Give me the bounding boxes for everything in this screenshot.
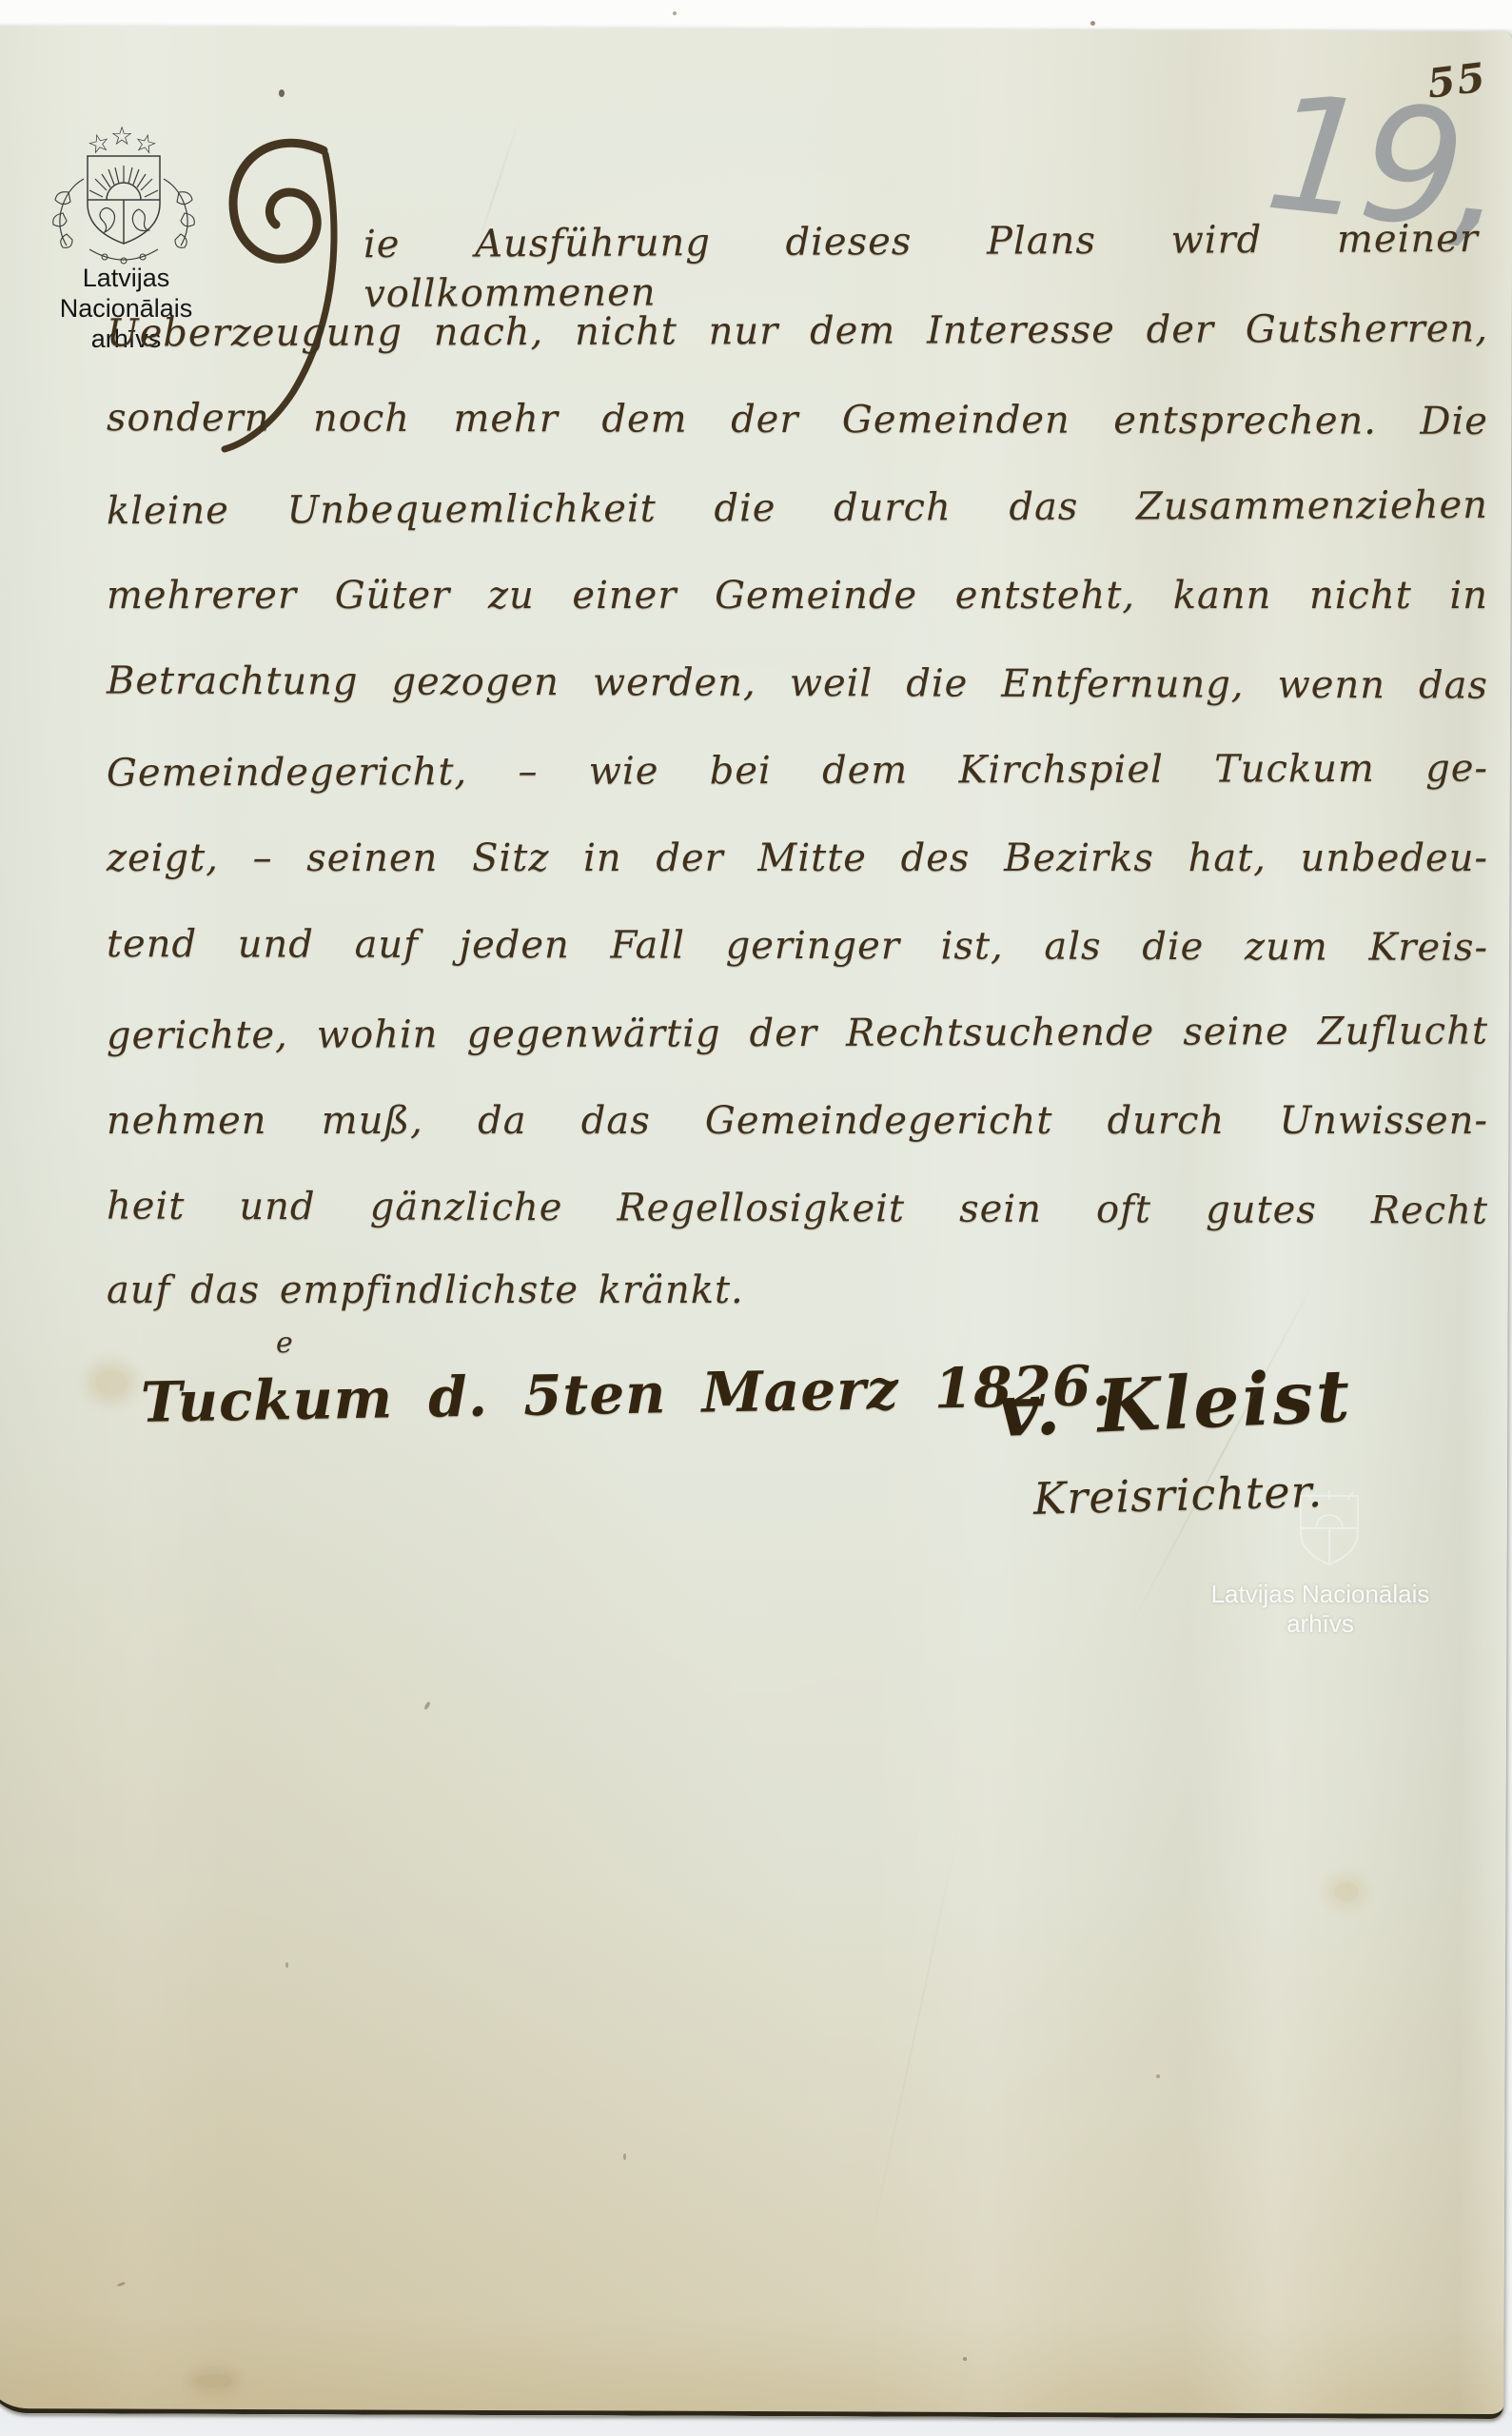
manuscript-line: auf das empfindlichste kränkt. — [107, 1266, 744, 1319]
manuscript-line: zeigt, – seinen Sitz in der Mitte des Be… — [107, 834, 1488, 887]
manuscript-line: kleine Unbequemlichkeit die durch das Zu… — [107, 481, 1488, 540]
manuscript-line: gerichte, wohin gegenwärtig der Rechtsuc… — [107, 1006, 1488, 1064]
manuscript-line: tend und auf jeden Fall geringer ist, al… — [107, 919, 1488, 976]
stain — [95, 1370, 128, 1395]
manuscript-line: heit und gänzliche Regellosigkeit sein o… — [107, 1181, 1488, 1239]
ink-speck — [623, 2153, 626, 2160]
ink-speck — [963, 2357, 967, 2361]
ink-speck — [673, 11, 677, 15]
manuscript-line: Ueberzeugung nach, nicht nur dem Interes… — [107, 304, 1488, 362]
scanned-document-page: ☆ ☆ ☆ — [0, 0, 1512, 2436]
bottom-archive-watermark: Latvijas Nacionālais arhīvs — [1194, 1580, 1446, 1639]
manuscript-line: nehmen muß, da das Gemeindegericht durch… — [107, 1096, 1488, 1149]
manuscript-line: mehrerer Güter zu einer Gemeinde entsteh… — [107, 571, 1488, 624]
manuscript-line: ie Ausführung dieses Plans wird meiner v… — [363, 214, 1479, 273]
ink-speck — [1156, 2074, 1160, 2078]
ink-speck — [279, 89, 285, 97]
coat-of-arms-star-icon: ☆ — [110, 122, 133, 151]
manuscript-line: Gemeindegericht, – wie bei dem Kirchspie… — [107, 743, 1488, 801]
ink-speck — [285, 1962, 288, 1968]
manuscript-line: Betrachtung gezogen werden, weil die Ent… — [107, 656, 1488, 714]
stray-pen-mark: e — [276, 1319, 294, 1353]
bottom-archive-line1: Latvijas Nacionālais — [1194, 1580, 1446, 1609]
stain — [1334, 1882, 1359, 1901]
ink-speck — [1090, 21, 1095, 26]
bottom-archive-line2: arhīvs — [1194, 1609, 1446, 1639]
bottom-coat-of-arms-icon — [1277, 1490, 1382, 1581]
manuscript-line: sondern noch mehr dem der Gemeinden ents… — [107, 393, 1488, 450]
stain — [195, 2374, 233, 2387]
signature: v. Kleist — [995, 1353, 1354, 1464]
